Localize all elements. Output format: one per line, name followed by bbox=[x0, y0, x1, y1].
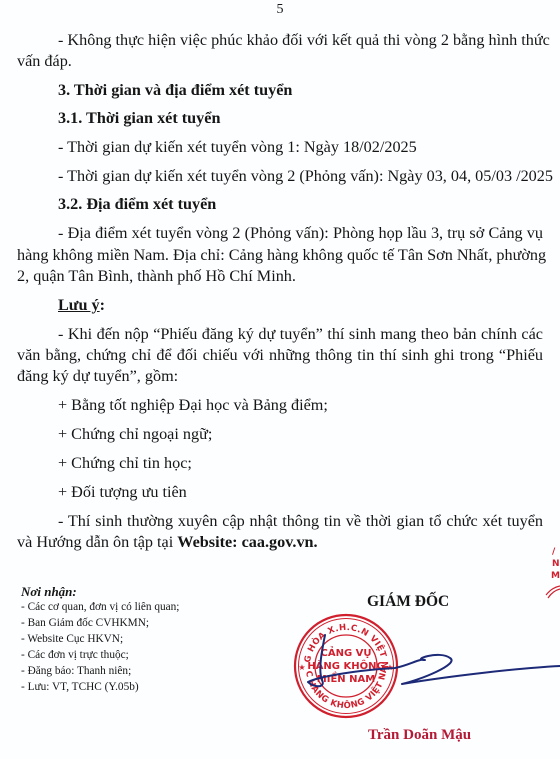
svg-text:N: N bbox=[552, 559, 560, 569]
section-3-2-heading: 3.2. Địa điểm xét tuyển bbox=[58, 194, 216, 214]
handwritten-signature-icon bbox=[300, 630, 560, 710]
time-round-1: - Thời gian dự kiến xét tuyển vòng 1: Ng… bbox=[58, 137, 417, 157]
website-link[interactable]: Website: caa.gov.vn. bbox=[177, 533, 317, 551]
note-heading-colon: : bbox=[100, 296, 105, 314]
recipient-item: - Các đơn vị trực thuộc; bbox=[21, 649, 129, 661]
recipient-item: - Đăng báo: Thanh niên; bbox=[21, 665, 131, 677]
note-line3: đăng ký dự tuyển”, gồm: bbox=[17, 366, 178, 386]
recipient-item: - Ban Giám đốc CVHKMN; bbox=[21, 617, 149, 629]
update-line2: và Hướng dẫn ôn tập tại Website: caa.gov… bbox=[17, 532, 318, 552]
update-line2-text: và Hướng dẫn ôn tập tại bbox=[17, 533, 177, 551]
document-item: + Bằng tốt nghiệp Đại học và Bảng điểm; bbox=[58, 395, 328, 415]
note-heading: Lưu ý: bbox=[58, 295, 105, 315]
update-line1: - Thí sinh thường xuyên cập nhật thông t… bbox=[58, 511, 543, 531]
recipient-item: - Lưu: VT, TCHC (Y.05b) bbox=[21, 681, 139, 693]
svg-text:/: / bbox=[552, 547, 556, 557]
time-round-2: - Thời gian dự kiến xét tuyển vòng 2 (Ph… bbox=[58, 166, 553, 186]
document-item: + Đối tượng ưu tiên bbox=[58, 482, 187, 502]
location-line1: - Địa điểm xét tuyển vòng 2 (Phỏng vấn):… bbox=[58, 223, 543, 243]
signer-position: GIÁM ĐỐC bbox=[367, 593, 449, 611]
section-3-1-heading: 3.1. Thời gian xét tuyển bbox=[58, 108, 220, 128]
recipient-item: - Website Cục HKVN; bbox=[21, 633, 123, 645]
document-item: + Chứng chỉ ngoại ngữ; bbox=[58, 424, 212, 444]
note-line1: - Khi đến nộp “Phiếu đăng ký dự tuyển” t… bbox=[58, 324, 543, 344]
note-line2: văn bằng, chứng chỉ để đối chiếu với nhữ… bbox=[17, 345, 543, 365]
page-seal-edge-icon: / N M bbox=[540, 540, 560, 600]
paragraph-appeal-line2: vấn đáp. bbox=[17, 51, 72, 71]
location-line2: hàng không miền Nam. Địa chỉ: Cảng hàng … bbox=[17, 245, 543, 265]
document-item: + Chứng chỉ tin học; bbox=[58, 453, 192, 473]
recipient-item: - Các cơ quan, đơn vị có liên quan; bbox=[21, 601, 179, 613]
note-heading-text: Lưu ý bbox=[58, 296, 100, 314]
section-3-heading: 3. Thời gian và địa điểm xét tuyển bbox=[58, 80, 292, 100]
signer-name: Trần Doãn Mậu bbox=[368, 727, 471, 744]
location-line3: 2, quận Tân Bình, thành phố Hồ Chí Minh. bbox=[17, 266, 296, 286]
recipients-title: Nơi nhận: bbox=[21, 584, 77, 600]
page-number: 5 bbox=[0, 2, 560, 18]
paragraph-appeal-line1: - Không thực hiện việc phúc khảo đối với… bbox=[58, 30, 543, 50]
svg-text:M: M bbox=[551, 571, 560, 581]
